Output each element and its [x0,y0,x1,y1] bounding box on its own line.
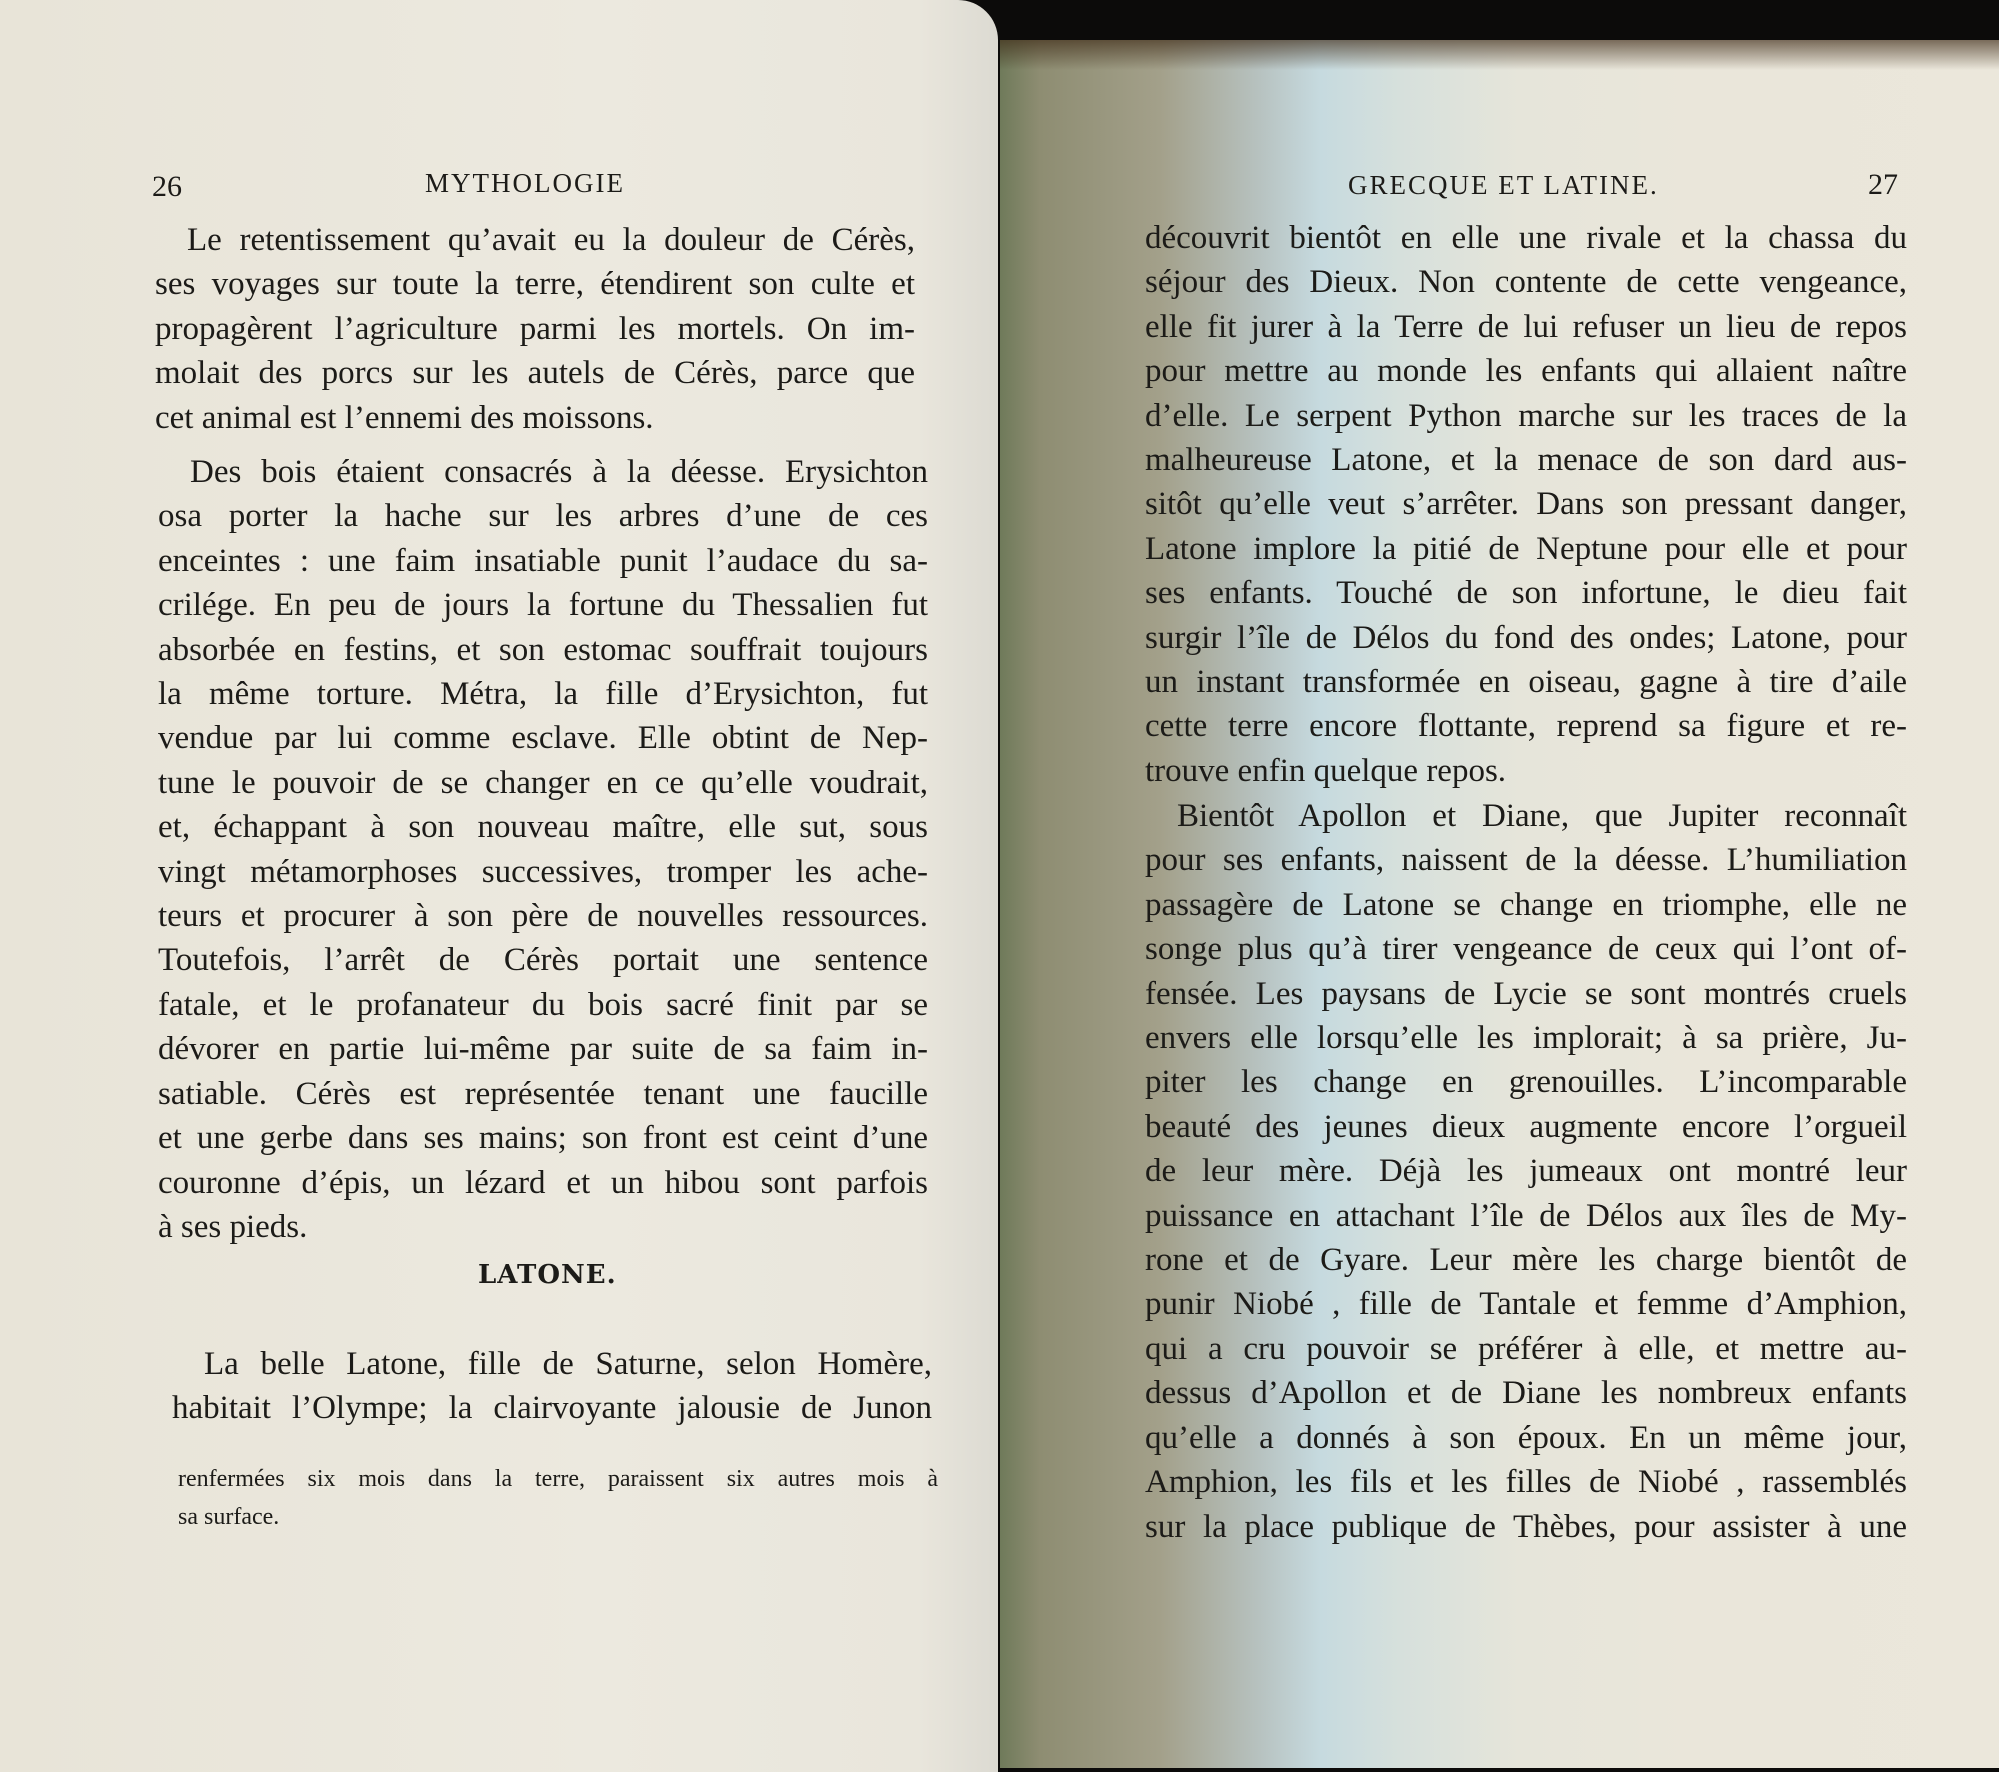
text-line: piter les change en grenouilles. L’incom… [1145,1060,1907,1104]
footnote-line: sa surface. [178,1498,938,1536]
text-line: satiable. Cérès est représentée tenant u… [158,1072,928,1116]
running-head-right: GRECQUE ET LATINE. [1348,170,1659,201]
right-paragraph-1: découvrit bientôt en elle une rivale et … [1145,216,1907,793]
text-line: et une gerbe dans ses mains; son front e… [158,1116,928,1160]
text-line: dessus d’Apollon et de Diane les nombreu… [1145,1371,1907,1415]
text-line: qu’elle a donnés à son époux. En un même… [1145,1416,1907,1460]
text-line: sur la place publique de Thèbes, pour as… [1145,1505,1907,1549]
text-line: songe plus qu’à tirer vengeance de ceux … [1145,927,1907,971]
text-line: vendue par lui comme esclave. Elle obtin… [158,716,928,760]
right-page: GRECQUE ET LATINE. 27 découvrit bientôt … [1000,40,1999,1768]
text-line: séjour des Dieux. Non contente de cette … [1145,260,1907,304]
text-line: absorbée en festins, et son estomac souf… [158,628,928,672]
text-line: pour ses enfants, naissent de la déesse.… [1145,838,1907,882]
text-line: puissance en attachant l’île de Délos au… [1145,1194,1907,1238]
text-line: sitôt qu’elle veut s’arrêter. Dans son p… [1145,482,1907,526]
left-paragraph-3: La belle Latone, fille de Saturne, selon… [172,1342,932,1431]
text-line: teurs et procurer à son père de nouvelle… [158,894,928,938]
text-line: la même torture. Métra, la fille d’Erysi… [158,672,928,716]
text-line: molait des porcs sur les autels de Cérès… [155,351,915,395]
text-line: trouve enfin quelque repos. [1145,749,1907,793]
text-line: et, échappant à son nouveau maître, elle… [158,805,928,849]
text-line: surgir l’île de Délos du fond des ondes;… [1145,616,1907,660]
text-line: crilége. En peu de jours la fortune du T… [158,583,928,627]
text-line: un instant transformée en oiseau, gagne … [1145,660,1907,704]
text-line: malheureuse Latone, et la menace de son … [1145,438,1907,482]
text-line: Des bois étaient consacrés à la déesse. … [158,450,928,494]
text-line: d’elle. Le serpent Python marche sur les… [1145,394,1907,438]
text-line: ses voyages sur toute la terre, étendire… [155,262,915,306]
right-paragraph-2: Bientôt Apollon et Diane, que Jupiter re… [1145,794,1907,1549]
text-line: tune le pouvoir de se changer en ce qu’e… [158,761,928,805]
text-line: Toutefois, l’arrêt de Cérès portait une … [158,938,928,982]
text-line: cet animal est l’ennemi des moissons. [155,396,915,440]
text-line: beauté des jeunes dieux augmente encore … [1145,1105,1907,1149]
text-line: rone et de Gyare. Leur mère les charge b… [1145,1238,1907,1282]
left-page: 26 MYTHOLOGIE Le retentissement qu’avait… [0,0,998,1772]
footnote-line: renfermées six mois dans la terre, parai… [178,1460,938,1498]
text-line: fensée. Les paysans de Lycie se sont mon… [1145,972,1907,1016]
left-paragraph-1: Le retentissement qu’avait eu la douleur… [155,218,915,440]
text-line: enceintes : une faim insatiable punit l’… [158,539,928,583]
text-line: envers elle lorsqu’elle les implorait; à… [1145,1016,1907,1060]
text-line: pour mettre au monde les enfants qui all… [1145,349,1907,393]
footnote: renfermées six mois dans la terre, parai… [178,1460,938,1536]
text-line: Latone implore la pitié de Neptune pour … [1145,527,1907,571]
text-line: découvrit bientôt en elle une rivale et … [1145,216,1907,260]
text-line: à ses pieds. [158,1205,928,1249]
text-line: de leur mère. Déjà les jumeaux ont montr… [1145,1149,1907,1193]
text-line: couronne d’épis, un lézard et un hibou s… [158,1161,928,1205]
text-line: passagère de Latone se change en triomph… [1145,883,1907,927]
running-head-left: MYTHOLOGIE [425,168,625,199]
page-number-right: 27 [1868,168,1898,202]
text-line: qui a cru pouvoir se préférer à elle, et… [1145,1327,1907,1371]
text-line: Le retentissement qu’avait eu la douleur… [155,218,915,262]
page-shadow [1000,40,1999,70]
text-line: Amphion, les fils et les filles de Niobé… [1145,1460,1907,1504]
text-line: osa porter la hache sur les arbres d’une… [158,494,928,538]
text-line: propagèrent l’agriculture parmi les mort… [155,307,915,351]
page-number-left: 26 [152,170,182,204]
text-line: punir Niobé , fille de Tantale et femme … [1145,1282,1907,1326]
text-line: fatale, et le profanateur du bois sacré … [158,983,928,1027]
text-line: cette terre encore flottante, reprend sa… [1145,704,1907,748]
text-line: Bientôt Apollon et Diane, que Jupiter re… [1145,794,1907,838]
text-line: ses enfants. Touché de son infortune, le… [1145,571,1907,615]
text-line: habitait l’Olympe; la clairvoyante jalou… [172,1386,932,1430]
section-heading: LATONE. [478,1260,617,1290]
text-line: La belle Latone, fille de Saturne, selon… [172,1342,932,1386]
text-line: elle fit jurer à la Terre de lui refuser… [1145,305,1907,349]
text-line: dévorer en partie lui-même par suite de … [158,1027,928,1071]
left-paragraph-2: Des bois étaient consacrés à la déesse. … [158,450,928,1249]
text-line: vingt métamorphoses successives, tromper… [158,850,928,894]
